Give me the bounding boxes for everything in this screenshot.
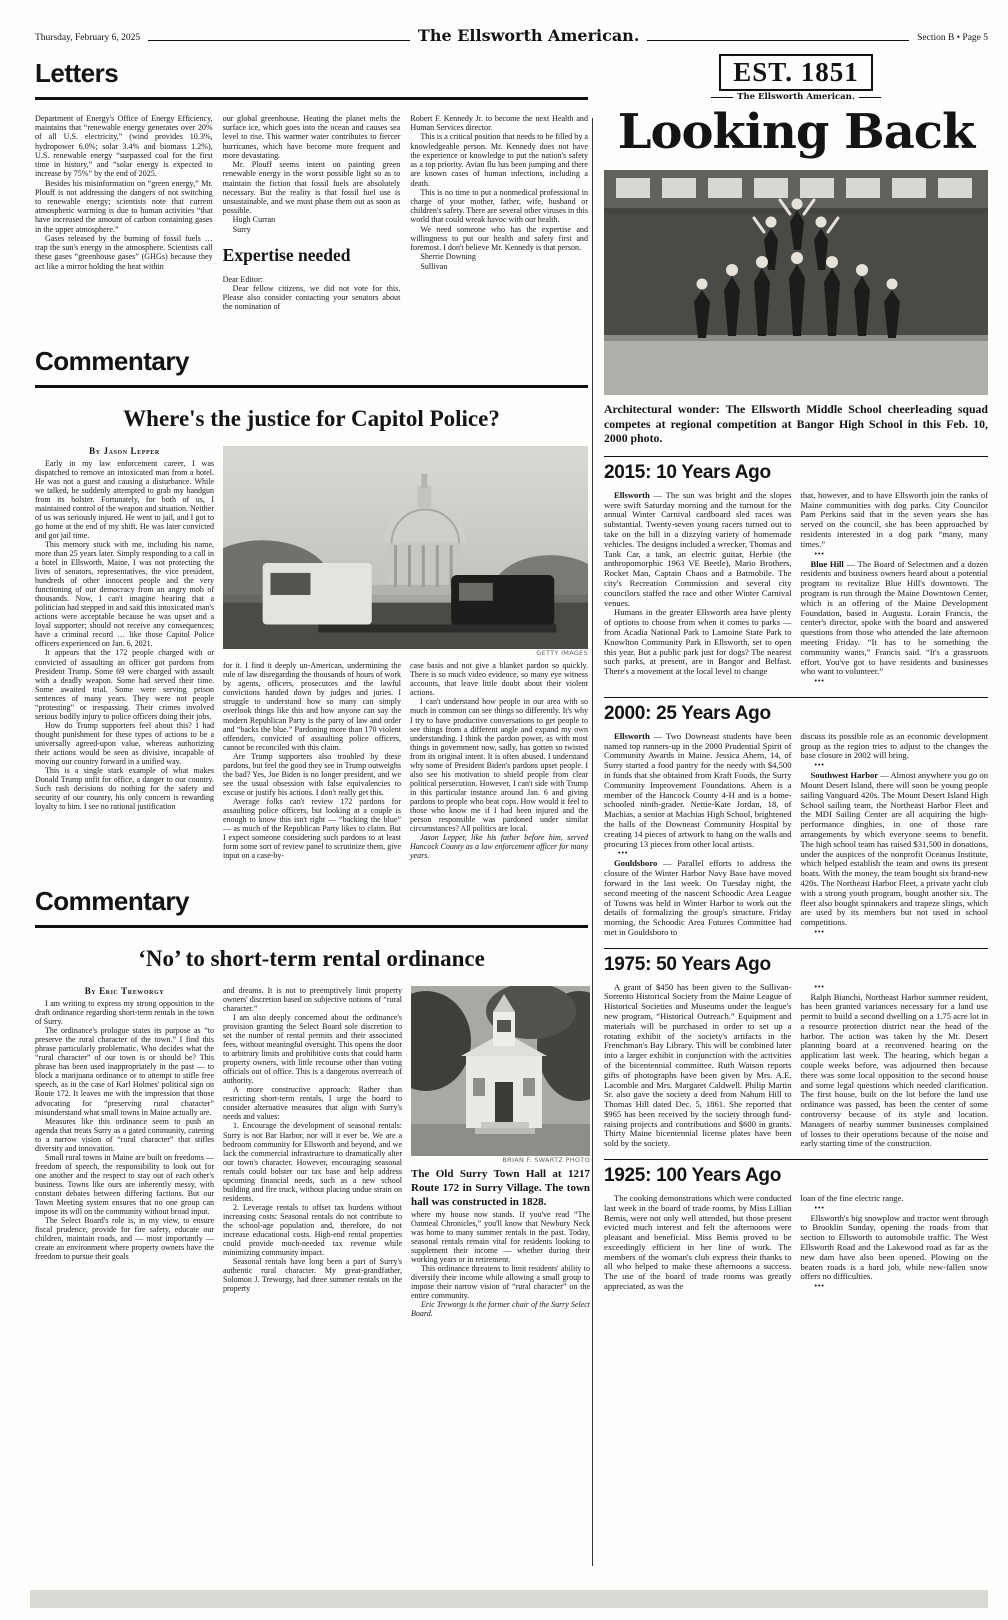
commentary2-column-1-text: I am writing to express my strong opposi… [35,999,214,1261]
dateline-lead: Ellsworth [614,731,654,741]
item-separator: ••• [604,850,792,858]
paragraph: Robert F. Kennedy Jr. to become the next… [410,114,588,132]
decade-2000-columns: Ellsworth — Two Downeast students have b… [604,732,988,938]
decade-2015-column-1: Ellsworth — The sun was bright and the s… [604,491,792,687]
item-separator: ••• [801,1205,989,1213]
commentary2-section-title: Commentary [35,886,588,917]
commentary2-byline: By Eric Treworgy [35,986,214,996]
decade-1975-columns: A grant of $450 has been given to the Su… [604,983,988,1150]
decade-2015-columns: Ellsworth — The sun was bright and the s… [604,491,988,687]
dateline-lead: Gouldsboro [614,858,663,868]
paragraph: How do Trump supporters feel about this?… [35,721,214,766]
decade-heading-1975: 1975: 50 Years Ago [604,954,988,976]
decade-section-1925: 1925: 100 Years Ago The cooking demonstr… [604,1159,988,1292]
paragraph: Ralph Bianchi, Northeast Harbor summer r… [801,993,989,1150]
commentary1-text-columns: for it. I find it deeply un-American, un… [223,661,588,860]
looking-back-block: EST. 1851 The Ellsworth American. Lookin… [604,54,988,1292]
page-header: Thursday, February 6, 2025 The Ellsworth… [35,26,988,45]
item-separator: ••• [801,929,989,937]
paragraph: This is a critical position that needs t… [410,132,588,187]
paragraph: Humans in the greater Ellsworth area hav… [604,608,792,677]
decade-1975-column-1: A grant of $450 has been given to the Su… [604,983,792,1150]
decade-section-1975: 1975: 50 Years Ago A grant of $450 has b… [604,948,988,1149]
paragraph: Southwest Harbor — Almost anywhere you g… [801,771,989,928]
commentary2-headline: ‘No’ to short-term rental ordinance [35,946,588,972]
newspaper-page: Thursday, February 6, 2025 The Ellsworth… [0,0,1008,1620]
commentary2-article: By Eric Treworgy I am writing to express… [35,986,588,1318]
commentary1-byline: By Jason Lepper [35,446,214,456]
paragraph: Small rural towns in Maine are built on … [35,1153,214,1216]
paragraph: A more constructive approach: Rather tha… [223,1085,402,1121]
paragraph: that, however, and to have Ellsworth joi… [801,491,989,550]
vertical-divider [592,118,593,1566]
paragraph: where my house now stands. If you've rea… [411,1210,590,1264]
looking-back-title: Looking Back [604,104,988,160]
town-hall-photo: BRIAN F. SWARTZ PHOTO [411,986,590,1164]
item-separator: ••• [801,762,989,770]
est-dash-left [711,97,733,98]
capitol-police-photo: GETTY IMAGES [223,446,588,658]
letters-section-title: Letters [35,58,588,89]
masthead: The Ellsworth American. [418,26,639,45]
decade-section-2000: 2000: 25 Years Ago Ellsworth — Two Downe… [604,697,988,938]
commentary1-section-title: Commentary [35,346,588,377]
letters-columns: Department of Energy's Office of Energy … [35,114,588,312]
letters-column-3: Robert F. Kennedy Jr. to become the next… [410,114,588,312]
est-subtitle: The Ellsworth American. [737,92,855,102]
paragraph: I am also deeply concerned about the ord… [223,1013,402,1085]
decade-section-2015: 2015: 10 Years Ago Ellsworth — The sun w… [604,456,988,687]
est-badge: EST. 1851 The Ellsworth American. [604,54,988,102]
section-rule [35,385,588,388]
left-column-block: Letters Department of Energy's Office of… [35,58,588,1318]
signature-line: Hugh Curran [223,215,401,224]
letters-column-1: Department of Energy's Office of Energy … [35,114,213,312]
dateline-lead: Blue Hill [811,559,847,569]
commentary1-column-1-text: Early in my law enforcement career, I wa… [35,459,214,811]
section-rule [35,925,588,928]
decade-1925-column-1: The cooking demonstrations which were co… [604,1194,792,1292]
paragraph: It appears that the 172 people charged w… [35,648,214,720]
commentary2-column-2: and dreams. It is not to preemptively li… [223,986,402,1293]
paragraph: Seasonal rentals have long been a part o… [223,1257,402,1293]
paragraph: our global greenhouse. Heating the plane… [223,114,401,160]
decade-1925-column-2: loan of the fine electric range.•••Ellsw… [801,1194,989,1292]
paragraph: This is a single stark example of what m… [35,766,214,811]
author-bio: Eric Treworgy is the former chair of the… [411,1300,590,1318]
paragraph: Ellsworth's big snowplow and tractor wen… [801,1214,989,1283]
section-page: Section B • Page 5 [917,33,988,45]
decade-1975-column-2: •••Ralph Bianchi, Northeast Harbor summe… [801,983,989,1150]
commentary2-column-3: BRIAN F. SWARTZ PHOTO The Old Surry Town… [411,986,590,1318]
letter-title: Expertise needed [223,246,401,266]
paragraph: Dear fellow citizens, we did not vote fo… [223,284,401,312]
item-separator: ••• [801,678,989,686]
letters-column-2: our global greenhouse. Heating the plane… [223,114,401,312]
bottom-strip [30,1590,988,1608]
paragraph: I can't understand how people in our are… [410,697,588,832]
cheerleading-photo-caption: Architectural wonder: The Ellsworth Midd… [604,402,988,446]
town-hall-photo-credit: BRIAN F. SWARTZ PHOTO [411,1157,590,1164]
paragraph: This is no time to put a nonmedical prof… [410,188,588,225]
decade-2015-column-2: that, however, and to have Ellsworth joi… [801,491,989,687]
item-separator: ••• [801,1283,989,1291]
decade-2000-column-1: Ellsworth — Two Downeast students have b… [604,732,792,938]
signature-line: Sullivan [410,262,588,271]
dateline-lead: Southwest Harbor [811,770,881,780]
author-bio: Jason Lepper, like his father before him… [410,833,588,860]
caption-lead: Architectural wonder: [604,402,720,416]
decade-heading-1925: 1925: 100 Years Ago [604,1165,988,1187]
header-rule-right [647,40,909,41]
paragraph: We need someone who has the expertise an… [410,225,588,253]
paragraph: Average folks can't review 172 pardons f… [223,797,401,860]
paragraph: This memory stuck with me, including his… [35,540,214,648]
paragraph: 1. Encourage the development of seasonal… [223,1121,402,1202]
paragraph: Besides his misinformation on “green ene… [35,179,213,234]
paragraph: Ellsworth — The sun was bright and the s… [604,491,792,609]
commentary1-column-3: case basis and not give a blanket pardon… [410,661,588,860]
commentary1-column-1: By Jason Lepper Early in my law enforcem… [35,446,214,811]
commentary1-right-area: GETTY IMAGES for it. I find it deeply un… [223,446,588,860]
est-subtitle-row: The Ellsworth American. [604,92,988,102]
commentary1-column-2: for it. I find it deeply un-American, un… [223,661,401,860]
paragraph: A grant of $450 has been given to the Su… [604,983,792,1150]
section-rule [35,97,588,100]
paragraph: The Select Board's role is, in my view, … [35,1216,214,1261]
decade-heading-2000: 2000: 25 Years Ago [604,703,988,725]
paragraph: The cooking demonstrations which were co… [604,1194,792,1292]
header-rule-left [148,40,410,41]
paragraph: Ellsworth — Two Downeast students have b… [604,732,792,850]
item-separator: ••• [801,984,989,992]
capitol-photo-credit: GETTY IMAGES [223,650,588,657]
paragraph: loan of the fine electric range. [801,1194,989,1204]
paragraph: Gases released by the burning of fossil … [35,234,213,271]
cheerleading-photo [604,170,988,395]
paragraph: Early in my law enforcement career, I wa… [35,459,214,540]
cheerleading-image [604,170,988,395]
dateline-lead: Ellsworth [614,490,654,500]
commentary2-column-1: By Eric Treworgy I am writing to express… [35,986,214,1261]
decade-heading-2015: 2015: 10 Years Ago [604,462,988,484]
paragraph: Blue Hill — The Board of Selectmen and a… [801,560,989,678]
est-1851-box: EST. 1851 [719,54,873,91]
paragraph: The ordinance's prologue states its purp… [35,1026,214,1116]
paragraph: Mr. Plouff seems intent on painting gree… [223,160,401,215]
paragraph: 2. Leverage rentals to offset tax burden… [223,1203,402,1257]
town-hall-photo-caption: The Old Surry Town Hall at 1217 Route 17… [411,1168,590,1209]
town-hall-image [411,986,590,1156]
decade-2000-column-2: discuss its possible role as an economic… [801,732,989,938]
paragraph: Gouldsboro — Parallel efforts to address… [604,859,792,937]
commentary1-headline: Where's the justice for Capitol Police? [35,406,588,432]
signature-line: Surry [223,225,401,234]
decade-1925-columns: The cooking demonstrations which were co… [604,1194,988,1292]
paragraph: Dear Editor: [223,275,401,284]
signature-line: Sherrie Downing [410,252,588,261]
capitol-police-image [223,446,588,649]
commentary1-article: By Jason Lepper Early in my law enforcem… [35,446,588,860]
paragraph: Department of Energy's Office of Energy … [35,114,213,179]
paragraph: Measures like this ordinance seem to pus… [35,1117,214,1153]
paragraph: for it. I find it deeply un-American, un… [223,661,401,751]
paragraph: discuss its possible role as an economic… [801,732,989,761]
issue-date: Thursday, February 6, 2025 [35,33,140,45]
paragraph: case basis and not give a blanket pardon… [410,661,588,697]
commentary2-column-3-text: where my house now stands. If you've rea… [411,1210,590,1318]
item-separator: ••• [801,551,989,559]
paragraph: I am writing to express my strong opposi… [35,999,214,1026]
paragraph: and dreams. It is not to preemptively li… [223,986,402,1013]
est-dash-right [859,97,881,98]
paragraph: This ordinance threatens to limit reside… [411,1264,590,1300]
paragraph: Are Trump supporters also troubled by th… [223,752,401,797]
